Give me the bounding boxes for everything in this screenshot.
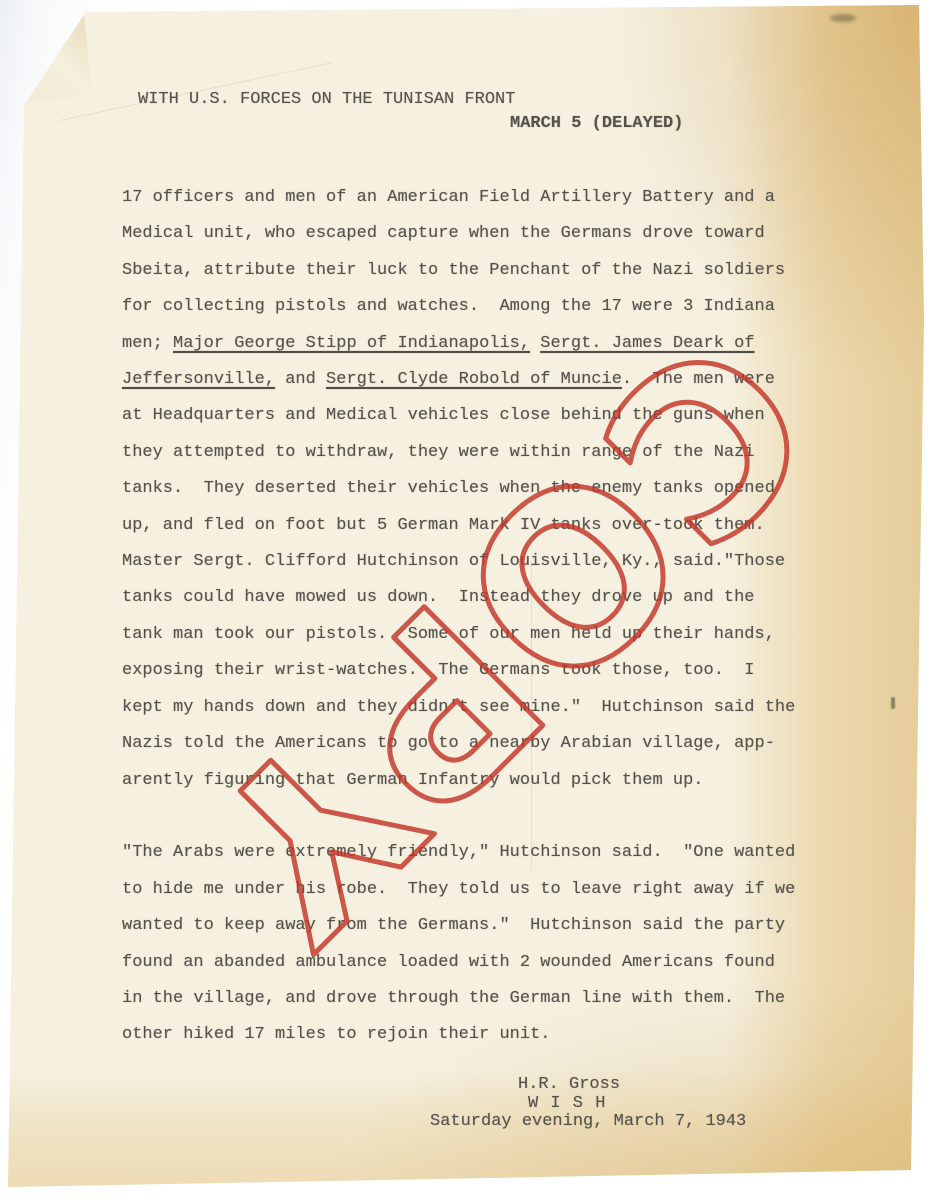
- text-line: tanks. They deserted their vehicles when…: [122, 471, 842, 507]
- document-scan: WITH U.S. FORCES ON THE TUNISAN FRONT MA…: [0, 0, 931, 1200]
- text-line: to hide me under his robe. They told us …: [122, 872, 842, 908]
- paragraph: "The Arabs were extremely friendly," Hut…: [122, 835, 842, 1053]
- text-line: exposing their wrist-watches. The German…: [122, 653, 842, 689]
- document-body: 17 officers and men of an American Field…: [122, 180, 842, 1054]
- text-line: they attempted to withdraw, they were wi…: [122, 435, 842, 471]
- text-line: at Headquarters and Medical vehicles clo…: [122, 398, 842, 434]
- text-line: men; Major George Stipp of Indianapolis,…: [122, 326, 842, 362]
- text-line: tank man took our pistols. Some of our m…: [122, 617, 842, 653]
- text-line: Sbeita, attribute their luck to the Penc…: [122, 253, 842, 289]
- text-line: Nazis told the Americans to go to a near…: [122, 726, 842, 762]
- date-note: MARCH 5 (DELAYED): [510, 114, 683, 133]
- text-line: kept my hands down and they didn't see m…: [122, 690, 842, 726]
- text-line: Medical unit, who escaped capture when t…: [122, 216, 842, 252]
- text-line: for collecting pistols and watches. Amon…: [122, 289, 842, 325]
- signature-author: H.R. Gross: [518, 1076, 746, 1095]
- signature-date: Saturday evening, March 7, 1943: [430, 1113, 746, 1132]
- signature-station: W I S H: [528, 1095, 746, 1114]
- text-line: up, and fled on foot but 5 German Mark I…: [122, 508, 842, 544]
- text-line: tanks could have mowed us down. Instead …: [122, 580, 842, 616]
- text-line: other hiked 17 miles to rejoin their uni…: [122, 1017, 842, 1053]
- text-line: wanted to keep away from the Germans." H…: [122, 908, 842, 944]
- signature-block: H.R. Gross W I S H Saturday evening, Mar…: [430, 1076, 746, 1132]
- typewritten-document: WITH U.S. FORCES ON THE TUNISAN FRONT MA…: [0, 0, 931, 1200]
- text-line: arently figuring that German Infantry wo…: [122, 763, 842, 799]
- dateline: WITH U.S. FORCES ON THE TUNISAN FRONT: [138, 90, 515, 109]
- text-line: found an abanded ambulance loaded with 2…: [122, 945, 842, 981]
- text-line: in the village, and drove through the Ge…: [122, 981, 842, 1017]
- paragraph: 17 officers and men of an American Field…: [122, 180, 842, 799]
- text-line: "The Arabs were extremely friendly," Hut…: [122, 835, 842, 871]
- text-line: Master Sergt. Clifford Hutchinson of Lou…: [122, 544, 842, 580]
- text-line: 17 officers and men of an American Field…: [122, 180, 842, 216]
- text-line: Jeffersonville, and Sergt. Clyde Robold …: [122, 362, 842, 398]
